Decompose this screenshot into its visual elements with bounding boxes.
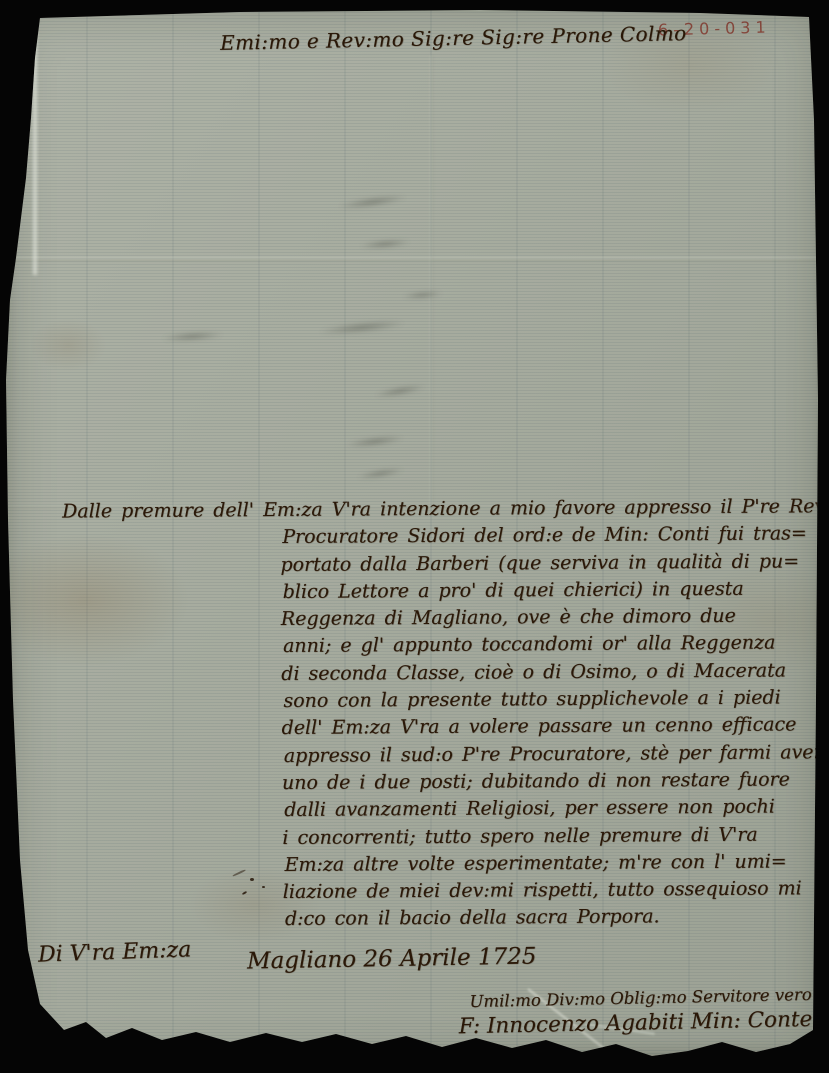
signature-block: Umil:mo Div:mo Oblig:mo Servitore vero F… (420, 982, 813, 1041)
body-line: portato dalla Barberi (que serviva in qu… (280, 548, 818, 579)
body-line: dell' Em:za V'ra a volere passare un cen… (282, 712, 820, 743)
fold-crease-horizontal (6, 257, 817, 261)
body-line: liazione de miei dev:mi rispetti, tutto … (283, 875, 821, 906)
fold-crease-left-edge (33, 20, 37, 275)
body-line: appresso il sud:o P're Procuratore, stè … (284, 739, 822, 770)
closing-salutation: Di V'ra Em:za (38, 937, 192, 967)
body-line: dalli avanzamenti Religiosi, per essere … (284, 793, 822, 824)
ink-speck (250, 878, 254, 881)
body-line: Reggenza di Magliano, ove è che dimoro d… (281, 602, 819, 633)
body-line: Em:za altre volte esperimentate; m're co… (284, 848, 822, 879)
scan-background: 6-20-031 Emi:mo e Rev:mo Sig:re Sig:re P… (0, 0, 829, 1073)
ink-speck (262, 886, 265, 888)
body-line: d:co con il bacio della sacra Porpora. (285, 903, 823, 934)
salutation: Emi:mo e Rev:mo Sig:re Sig:re Prone Colm… (220, 21, 687, 55)
body-line: anni; e gl' appunto toccandomi or' alla … (283, 630, 821, 661)
body-line: di seconda Classe, cioè o di Osimo, o di… (281, 657, 819, 688)
ink-speck (242, 891, 247, 895)
body-line: sono con la presente tutto supplichevole… (283, 684, 821, 715)
fold-crease-vertical (430, 55, 433, 505)
body-line: blico Lettore a pro' di quei chierici) i… (283, 575, 821, 606)
letter-body: Dalle premure dell' Em:za V'ra intenzion… (280, 493, 821, 933)
body-line: Procuratore Sidori del ord:e de Min: Con… (282, 521, 820, 552)
body-line: uno de i due posti; dubitando di non res… (282, 766, 820, 797)
ink-speck (232, 869, 245, 876)
dateline: Magliano 26 Aprile 1725 (247, 943, 537, 974)
letter-paper: 6-20-031 Emi:mo e Rev:mo Sig:re Sig:re P… (0, 0, 829, 1073)
body-line: i concorrenti; tutto spero nelle premure… (282, 821, 820, 852)
